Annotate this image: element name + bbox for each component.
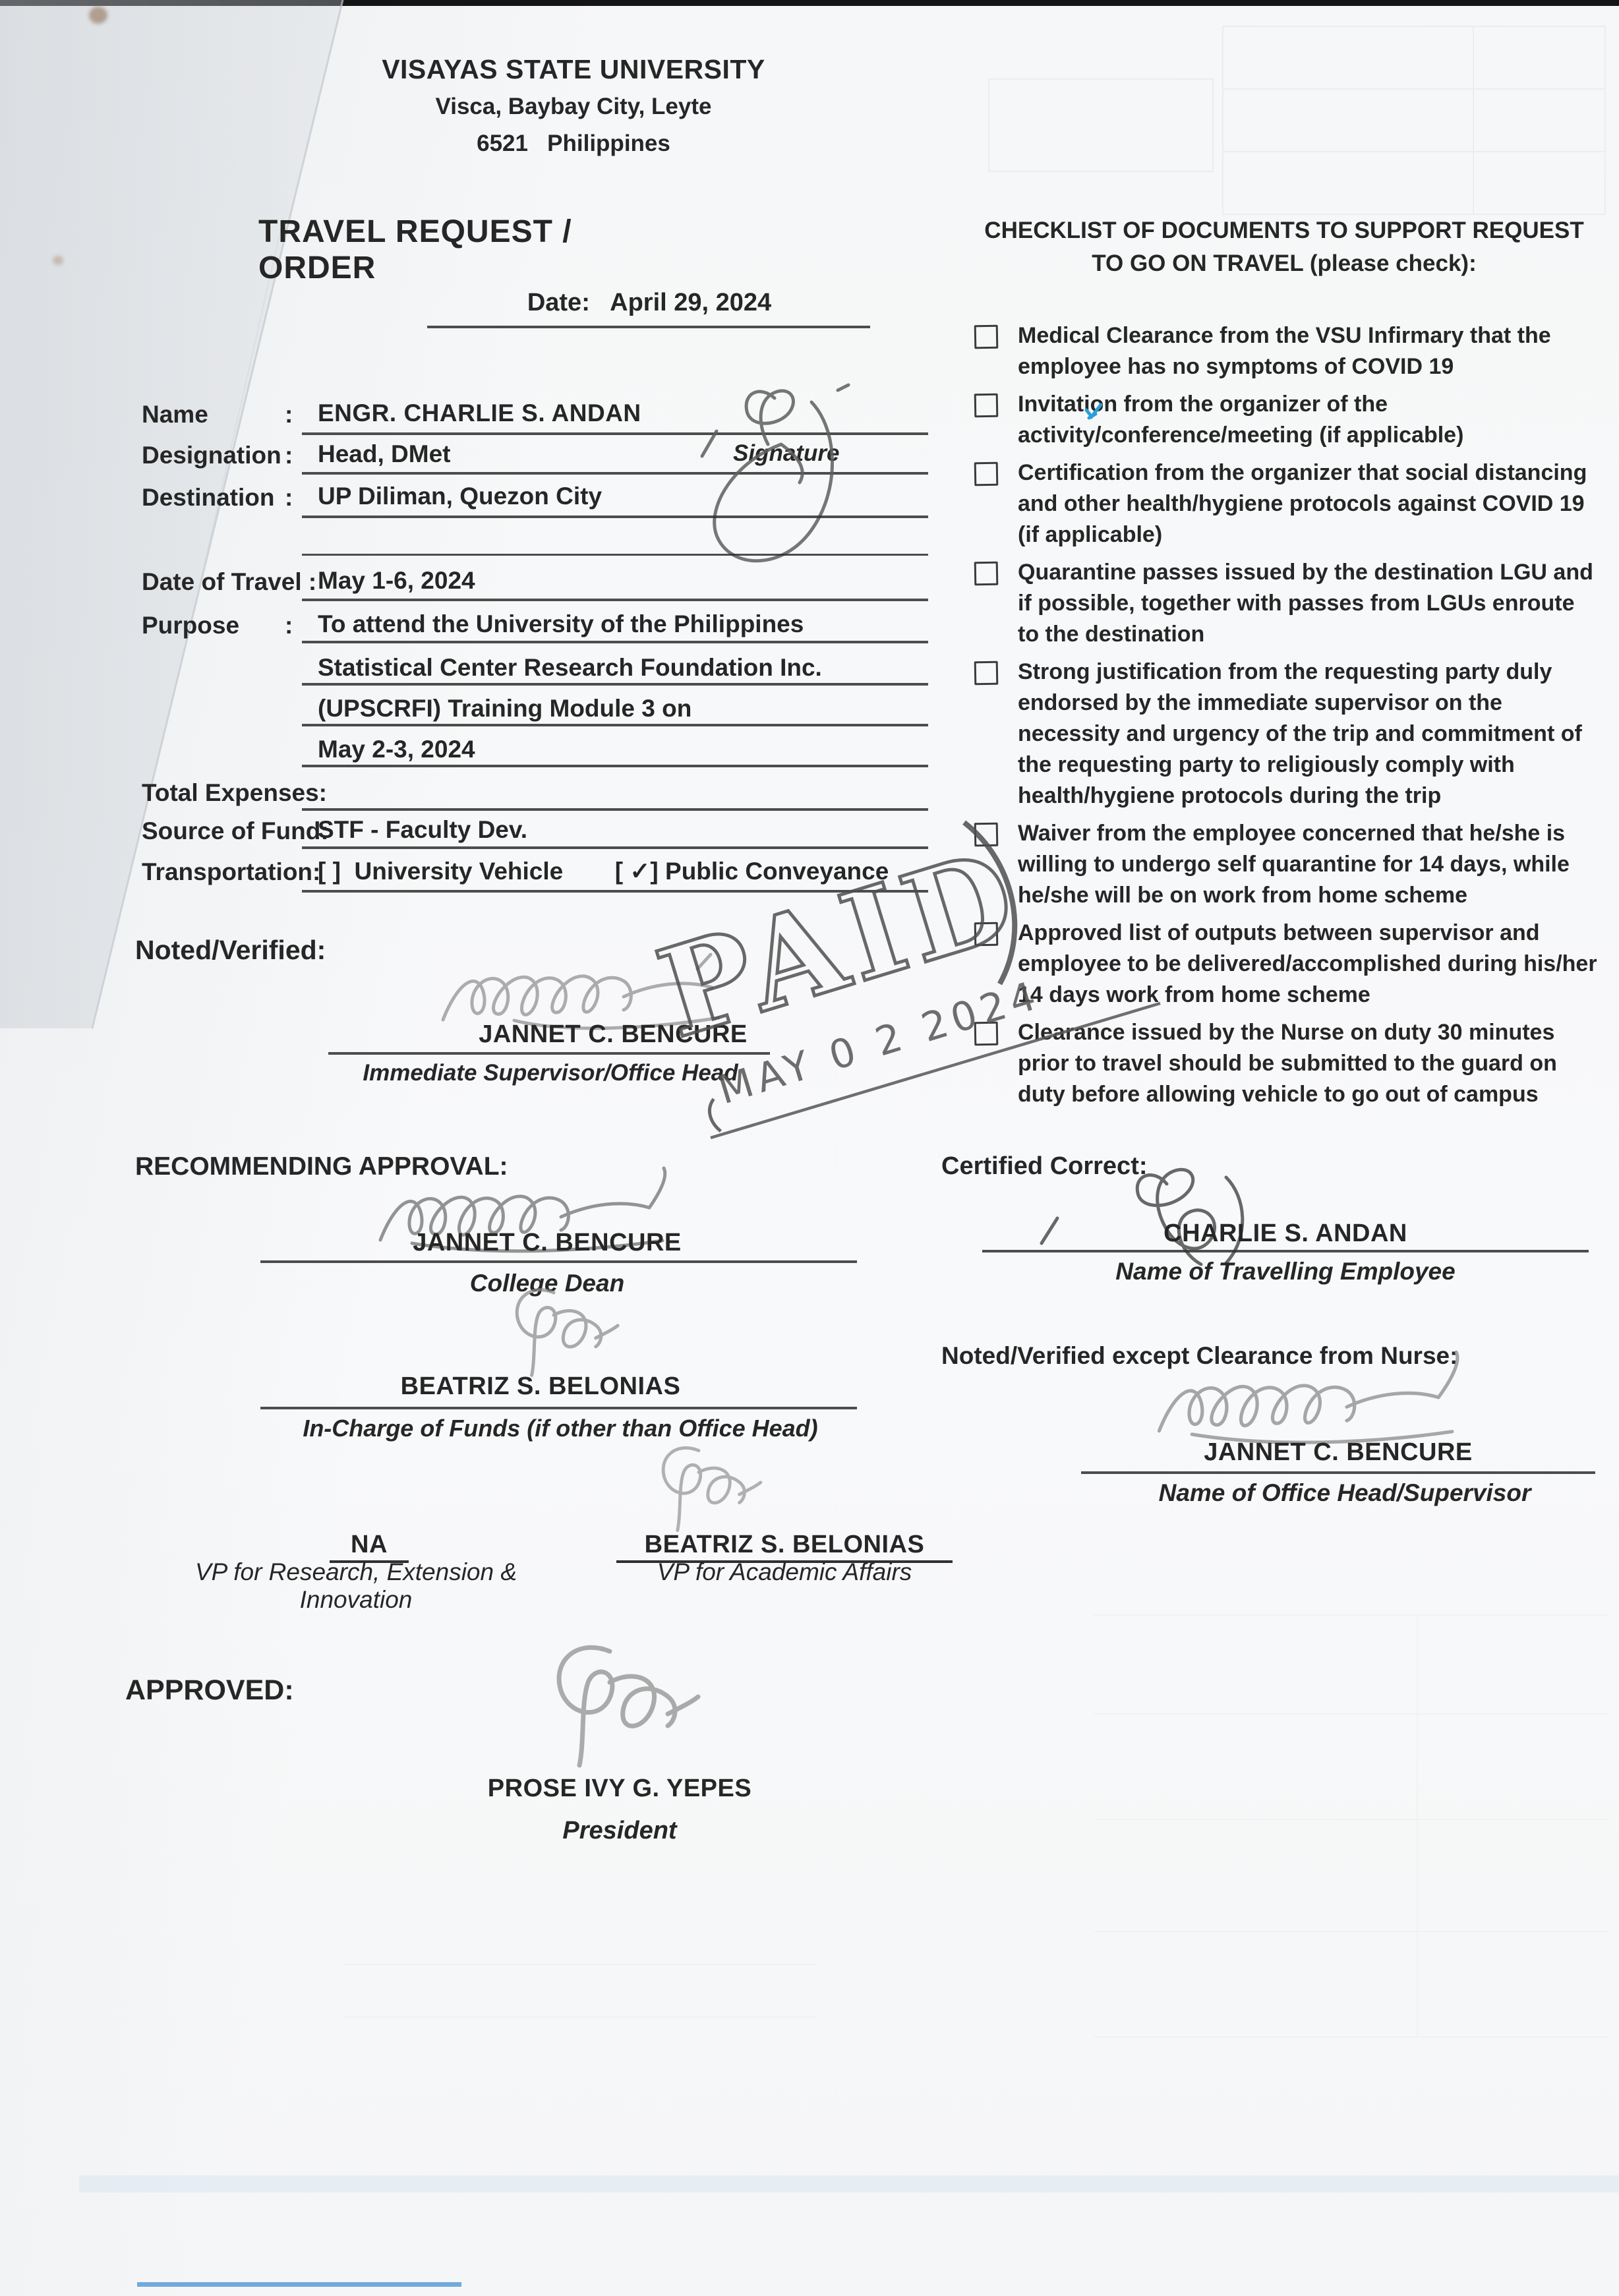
university-vehicle-label: University Vehicle — [355, 858, 564, 885]
approved-label: APPROVED: — [125, 1674, 294, 1707]
source-of-fund-value: STF - Faculty Dev. — [318, 816, 527, 844]
date-of-travel-label: Date of Travel : — [142, 568, 316, 596]
checklist-item-text: Medical Clearance from the VSU Infirmary… — [1018, 320, 1601, 382]
name-label: Name — [142, 401, 208, 428]
form-title: TRAVEL REQUEST / ORDER — [258, 214, 680, 286]
purpose-line3: (UPSCRFI) Training Module 3 on — [318, 695, 692, 722]
university-address-line2: 6521 Philippines — [277, 131, 870, 157]
checklist-item: Strong justification from the requesting… — [974, 657, 1601, 811]
checklist-item: Certification from the organizer that so… — [974, 457, 1601, 550]
date-of-travel-underline — [302, 599, 928, 601]
transport-option-university-vehicle[interactable]: [ ] University Vehicle — [318, 858, 570, 885]
checkbox-icon[interactable] — [974, 325, 999, 349]
checklist-item: Quarantine passes issued by the destinat… — [974, 557, 1601, 650]
office-head-name: JANNET C. BENCURE — [1154, 1438, 1523, 1467]
purpose-label: Purpose — [142, 612, 239, 639]
name-value: ENGR. CHARLIE S. ANDAN — [318, 399, 641, 427]
vp-academic-signature-scribble — [600, 1444, 798, 1536]
total-expenses-underline — [302, 808, 928, 811]
checklist-item: Invitation from the organizer of the act… — [974, 389, 1601, 451]
date-of-travel-value: May 1-6, 2024 — [318, 567, 475, 595]
total-expenses-label: Total Expenses: — [142, 779, 327, 807]
checkbox-icon[interactable] — [974, 562, 999, 586]
purpose-underline1 — [302, 641, 928, 643]
checklist-item-text: Certification from the organizer that so… — [1018, 457, 1601, 550]
destination-value: UP Diliman, Quezon City — [318, 483, 602, 510]
designation-label: Designation — [142, 442, 281, 469]
source-of-fund-label: Source of Fund: — [142, 817, 329, 845]
office-head-underline — [1081, 1471, 1595, 1474]
checklist-item: Waiver from the employee concerned that … — [974, 818, 1601, 911]
checklist-title-line1: CHECKLIST OF DOCUMENTS TO SUPPORT REQUES… — [968, 218, 1601, 244]
vp-research-title-line2: Innovation — [125, 1586, 587, 1614]
checkbox-icon[interactable] — [974, 394, 999, 418]
blue-check-mark — [1082, 401, 1106, 425]
paper-stain — [89, 7, 107, 24]
destination-label: Destination — [142, 484, 274, 512]
employee-signature-scribble — [682, 384, 867, 581]
checkbox-icon[interactable] — [974, 661, 999, 686]
transportation-label: Transportation: — [142, 858, 320, 886]
destination-colon: : — [285, 484, 293, 512]
purpose-underline2 — [302, 683, 928, 686]
date-underline — [427, 326, 870, 328]
office-head-title: Name of Office Head/Supervisor — [1114, 1479, 1575, 1507]
blank-underline — [302, 554, 928, 556]
funds-title: In-Charge of Funds (if other than Office… — [270, 1415, 850, 1442]
scanned-travel-request-document: VISAYAS STATE UNIVERSITY Visca, Baybay C… — [0, 0, 1619, 2296]
funds-name: BEATRIZ S. BELONIAS — [336, 1372, 745, 1401]
destination-underline — [302, 515, 928, 518]
employee-underline — [982, 1250, 1589, 1252]
designation-colon: : — [285, 442, 293, 469]
noted-verified-label: Noted/Verified: — [135, 935, 326, 966]
employee-title: Name of Travelling Employee — [1048, 1258, 1523, 1285]
funds-underline — [260, 1407, 857, 1409]
university-address-line1: Visca, Baybay City, Leyte — [277, 94, 870, 120]
dean-underline — [260, 1260, 857, 1263]
name-colon: : — [285, 401, 293, 428]
funds-signature-scribble — [448, 1285, 659, 1381]
president-title: President — [422, 1817, 817, 1845]
paper-stain-small — [53, 256, 63, 265]
dean-name: JANNET C. BENCURE — [356, 1229, 738, 1257]
purpose-underline3 — [302, 724, 928, 726]
purpose-colon: : — [285, 612, 293, 639]
date-label: Date: — [527, 289, 590, 316]
checkbox-icon[interactable] — [974, 462, 999, 486]
checklist-title-line2: TO GO ON TRAVEL (please check): — [968, 250, 1601, 277]
vp-research-title-line1: VP for Research, Extension & — [125, 1558, 587, 1586]
purpose-line4: May 2-3, 2024 — [318, 736, 475, 763]
checklist-item: Medical Clearance from the VSU Infirmary… — [974, 320, 1601, 382]
checklist-item-text: Waiver from the employee concerned that … — [1018, 818, 1601, 911]
blue-pen-line — [137, 2282, 461, 2287]
university-vehicle-brackets[interactable]: [ ] — [318, 858, 341, 885]
president-signature-scribble — [508, 1641, 712, 1773]
date-value: April 29, 2024 — [610, 289, 771, 316]
president-name: PROSE IVY G. YEPES — [422, 1775, 817, 1803]
pencil-diagonal-line — [699, 989, 1173, 1147]
vp-academic-title: VP for Academic Affairs — [613, 1558, 956, 1586]
purpose-line1: To attend the University of the Philippi… — [318, 610, 804, 638]
employee-name: CHARLIE S. ANDAN — [1094, 1220, 1477, 1248]
date-line: Date: April 29, 2024 — [432, 289, 867, 317]
checklist-item-text: Quarantine passes issued by the destinat… — [1018, 557, 1601, 650]
designation-value: Head, DMet — [318, 440, 450, 468]
checklist-item-text: Strong justification from the requesting… — [1018, 657, 1601, 811]
purpose-line2: Statistical Center Research Foundation I… — [318, 654, 822, 682]
purpose-underline4 — [302, 765, 928, 767]
university-name: VISAYAS STATE UNIVERSITY — [277, 54, 870, 85]
